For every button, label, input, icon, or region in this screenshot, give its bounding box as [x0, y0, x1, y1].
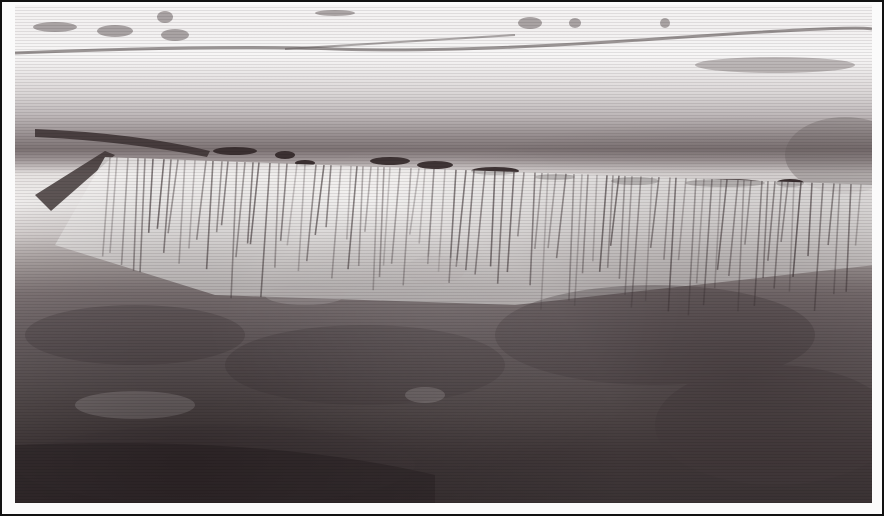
crop-band	[55, 157, 872, 305]
photo-frame	[0, 0, 884, 516]
landscape-drawing	[15, 5, 872, 503]
aerial-photograph	[15, 5, 872, 503]
distant-treeline	[33, 10, 670, 41]
